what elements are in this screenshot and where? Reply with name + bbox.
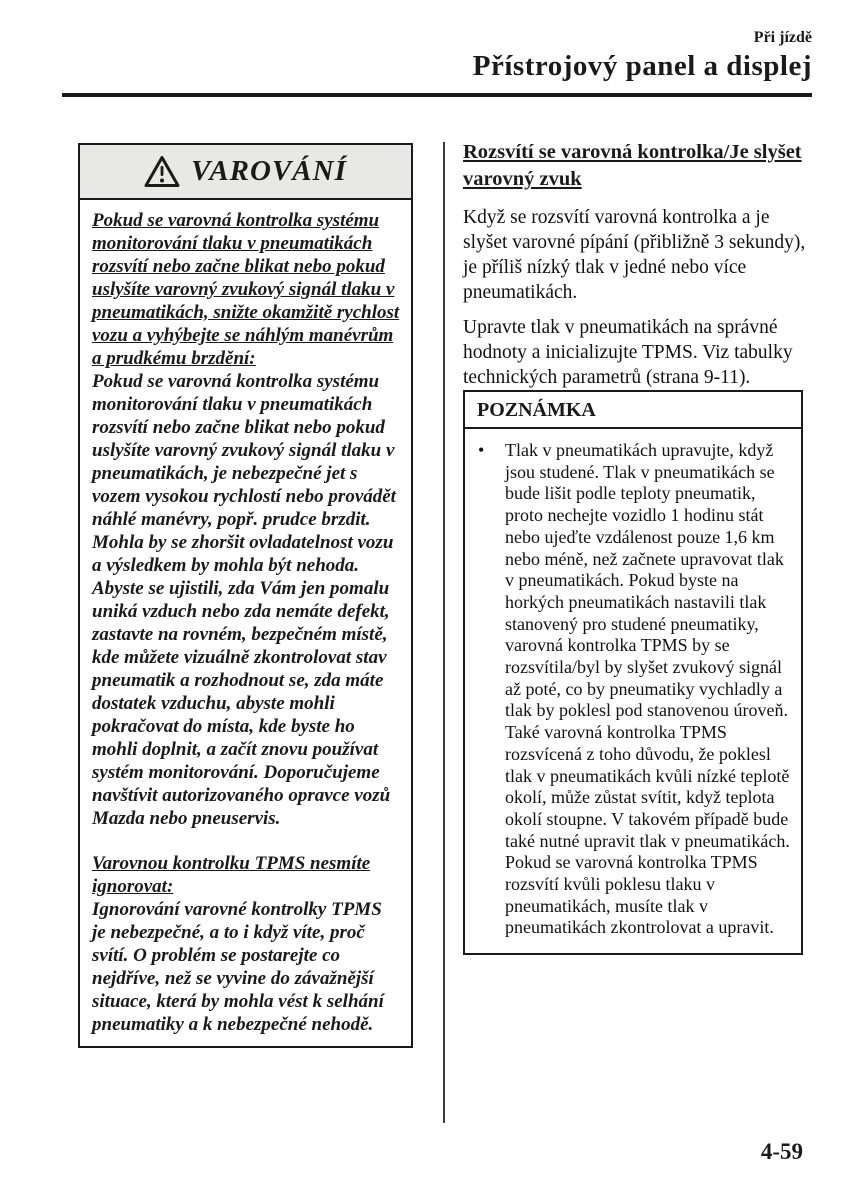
note-bullet-item: • Tlak v pneumatikách upravujte, když js… — [478, 440, 791, 939]
warning-paragraph: Pokud se varovná kontrolka systému monit… — [92, 370, 400, 577]
note-paragraph: Tlak v pneumatikách upravujte, když jsou… — [505, 440, 791, 722]
bullet-marker: • — [478, 440, 505, 939]
page-title: Přístrojový panel a displej — [473, 50, 812, 83]
right-column: Rozsvítí se varovná kontrolka/Je slyšet … — [463, 139, 815, 400]
warning-body: Pokud se varovná kontrolka systému monit… — [80, 200, 411, 1046]
body-paragraph: Upravte tlak v pneumatikách na správné h… — [463, 315, 815, 390]
warning-paragraph: Abyste se ujistili, zda Vám jen pomalu u… — [92, 577, 400, 830]
warning-header: VAROVÁNÍ — [80, 145, 411, 200]
manual-page: Při jízdě Přístrojový panel a displej VA… — [0, 0, 845, 1200]
column-divider — [443, 142, 445, 1123]
note-paragraph: Také varovná kontrolka TPMS rozsvícená z… — [505, 722, 791, 939]
warning-lead-underlined: Pokud se varovná kontrolka systému monit… — [92, 209, 400, 370]
warning-tpms-heading-underlined: Varovnou kontrolku TPMS nesmíte ignorova… — [92, 852, 400, 898]
warning-title: VAROVÁNÍ — [191, 155, 347, 188]
warning-paragraph: Ignorování varovné kontrolky TPMS je neb… — [92, 898, 400, 1036]
note-bullet-text: Tlak v pneumatikách upravujte, když jsou… — [505, 440, 791, 939]
header-rule — [62, 93, 812, 97]
note-body: • Tlak v pneumatikách upravujte, když js… — [465, 429, 801, 953]
note-box: POZNÁMKA • Tlak v pneumatikách upravujte… — [463, 390, 803, 955]
warning-triangle-icon — [144, 155, 180, 188]
warning-box: VAROVÁNÍ Pokud se varovná kontrolka syst… — [78, 143, 413, 1048]
body-paragraph: Když se rozsvítí varovná kontrolka a je … — [463, 205, 815, 305]
section-heading: Rozsvítí se varovná kontrolka/Je slyšet … — [463, 139, 815, 193]
section-eyebrow: Při jízdě — [754, 29, 812, 47]
page-number: 4-59 — [761, 1139, 803, 1165]
note-title: POZNÁMKA — [465, 392, 801, 429]
